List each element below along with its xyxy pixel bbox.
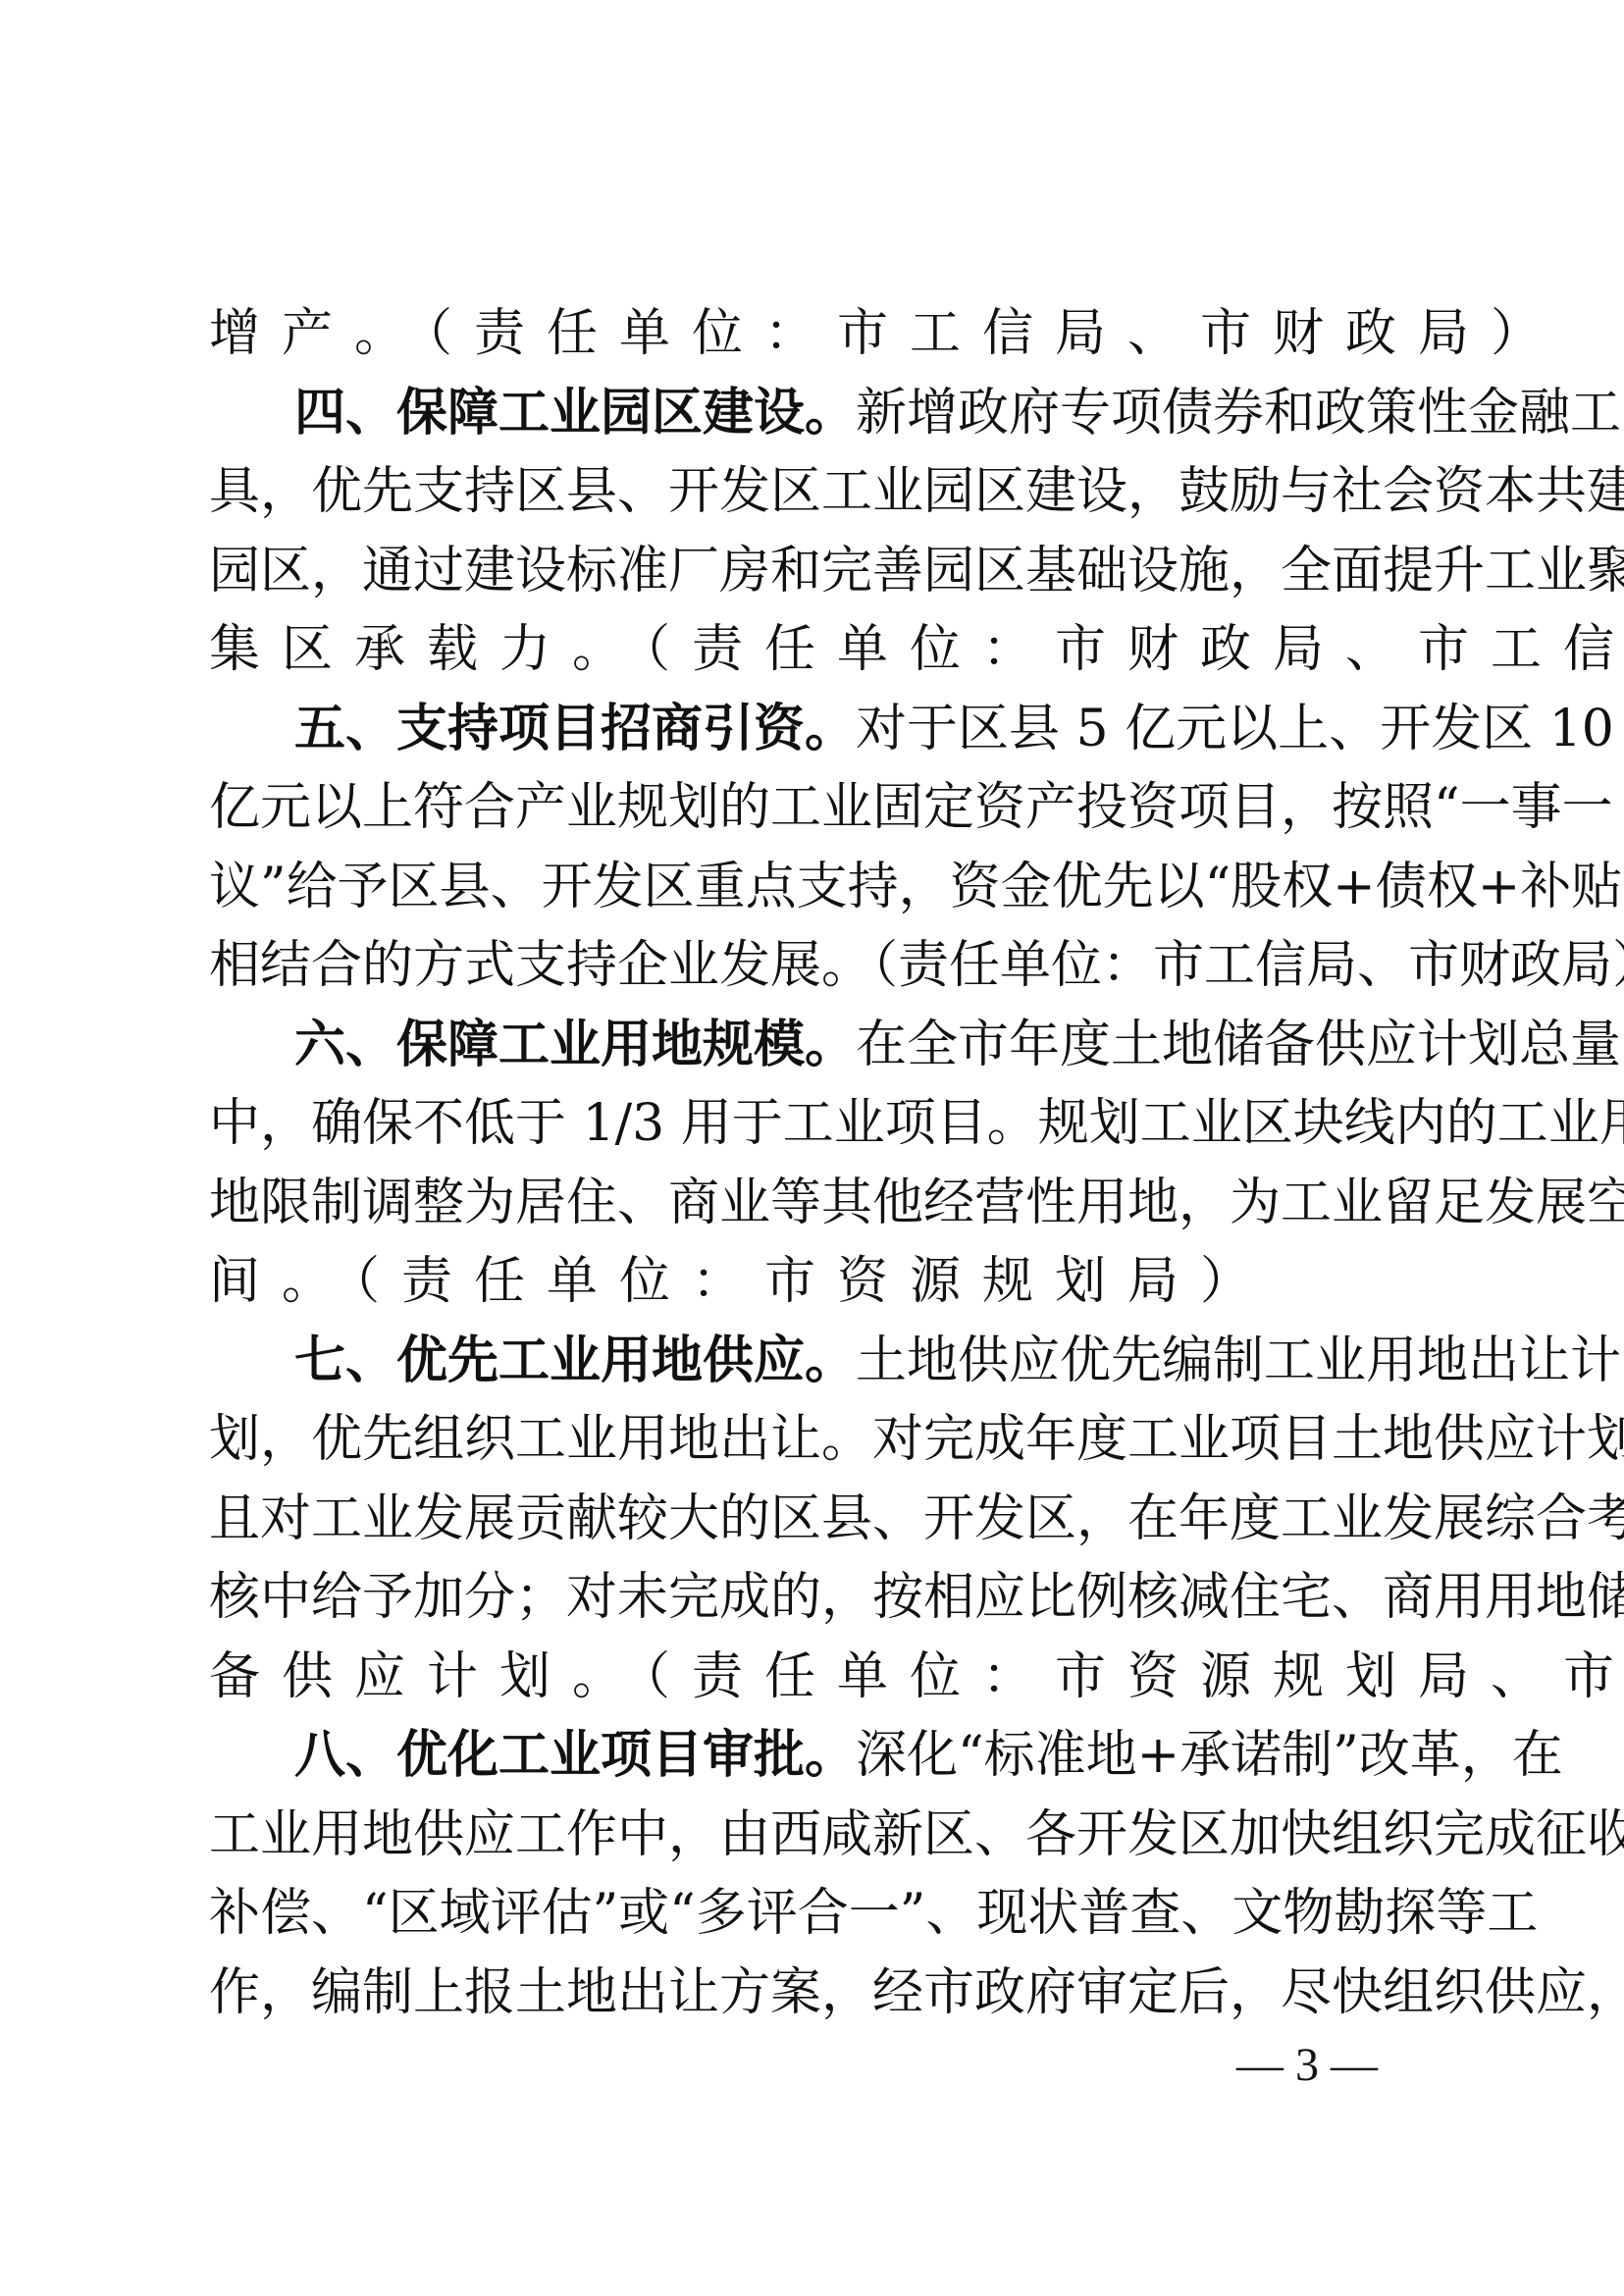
section-title: 六、保障工业用地规模。 <box>294 1016 856 1074</box>
paragraph-line: 亿元以上符合产业规划的工业固定资产投资项目，按照“一事一 <box>209 768 1391 847</box>
line-text: 园区，通过建设标准厂房和完善园区基础设施，全面提升工业聚 <box>209 542 1624 600</box>
line-text: 土地供应优先编制工业用地出让计 <box>856 1331 1621 1390</box>
paragraph-line: 备供应计划。（责任单位：市资源规划局、市工信局） <box>209 1638 1391 1716</box>
paragraph-line: 具，优先支持区县、开发区工业园区建设，鼓励与社会资本共建 <box>209 452 1391 531</box>
paragraph-line: 划，优先组织工业用地出让。对完成年度工业项目土地供应计划， <box>209 1400 1391 1479</box>
paragraph-line: 工业用地供应工作中，由西咸新区、各开发区加快组织完成征收 <box>209 1796 1391 1874</box>
line-text: 地限制调整为居住、商业等其他经营性用地，为工业留足发展空 <box>209 1174 1624 1232</box>
line-text: 新增政府专项债券和政策性金融工 <box>856 384 1621 443</box>
paragraph-line: 园区，通过建设标准厂房和完善园区基础设施，全面提升工业聚 <box>209 532 1391 610</box>
section-title: 八、优化工业项目审批。 <box>294 1726 856 1785</box>
paragraph-line: 补偿、“区域评估”或“多评合一”、现状普查、文物勘探等工 <box>209 1874 1391 1953</box>
line-text: 集区承载力。（责任单位：市财政局、市工信局） <box>209 620 1624 679</box>
paragraph-line: 相结合的方式支持企业发展。（责任单位：市工信局、市财政局） <box>209 926 1391 1005</box>
line-text: 相结合的方式支持企业发展。（责任单位：市工信局、市财政局） <box>209 936 1624 995</box>
line-text: 工业用地供应工作中，由西咸新区、各开发区加快组织完成征收 <box>209 1805 1624 1864</box>
section-title: 七、优先工业用地供应。 <box>294 1331 856 1390</box>
line-text: 具，优先支持区县、开发区工业园区建设，鼓励与社会资本共建 <box>209 462 1624 521</box>
line-text: 对于区县 5 亿元以上、开发区 10 <box>856 700 1614 758</box>
section-heading-line: 六、保障工业用地规模。在全市年度土地储备供应计划总量 <box>294 1006 1391 1084</box>
line-text: 补偿、“区域评估”或“多评合一”、现状普查、文物勘探等工 <box>209 1884 1538 1943</box>
paragraph-line: 作，编制上报土地出让方案，经市政府审定后，尽快组织供应， <box>209 1954 1391 2032</box>
section-title: 五、支持项目招商引资。 <box>294 700 856 758</box>
line-text: 议”给予区县、开发区重点支持，资金优先以“股权+债权+补贴” <box>209 858 1624 916</box>
line-text: 划，优先组织工业用地出让。对完成年度工业项目土地供应计划， <box>209 1410 1624 1469</box>
line-text: 核中给予加分；对未完成的，按相应比例核减住宅、商用用地储 <box>209 1568 1624 1627</box>
line-text: 且对工业发展贡献较大的区县、开发区，在年度工业发展综合考 <box>209 1489 1624 1548</box>
line-text: 间。（责任单位：市资源规划局） <box>209 1252 1273 1311</box>
paragraph-line: 地限制调整为居住、商业等其他经营性用地，为工业留足发展空 <box>209 1164 1391 1242</box>
paragraph-line: 且对工业发展贡献较大的区县、开发区，在年度工业发展综合考 <box>209 1480 1391 1558</box>
section-heading-line: 七、优先工业用地供应。土地供应优先编制工业用地出让计 <box>294 1322 1391 1400</box>
line-text: 中，确保不低于 1/3 用于工业项目。规划工业区块线内的工业用 <box>209 1094 1624 1153</box>
paragraph-line: 议”给予区县、开发区重点支持，资金优先以“股权+债权+补贴” <box>209 848 1391 926</box>
line-text: 作，编制上报土地出让方案，经市政府审定后，尽快组织供应， <box>209 1963 1624 2022</box>
document-page: 增产。（责任单位：市工信局、市财政局）四、保障工业园区建设。新增政府专项债券和政… <box>0 0 1624 2296</box>
line-text: 深化“标准地+承诺制”改革，在 <box>856 1726 1563 1785</box>
section-heading-line: 四、保障工业园区建设。新增政府专项债券和政策性金融工 <box>294 374 1391 452</box>
line-text: 备供应计划。（责任单位：市资源规划局、市工信局） <box>209 1647 1624 1706</box>
section-title: 四、保障工业园区建设。 <box>294 384 856 443</box>
page-number: — 3 — <box>1236 2036 1378 2095</box>
paragraph-line: 集区承载力。（责任单位：市财政局、市工信局） <box>209 610 1391 689</box>
paragraph-line: 间。（责任单位：市资源规划局） <box>209 1242 1391 1321</box>
paragraph-line: 增产。（责任单位：市工信局、市财政局） <box>209 294 1391 373</box>
line-text: 在全市年度土地储备供应计划总量 <box>856 1016 1621 1074</box>
line-text: 亿元以上符合产业规划的工业固定资产投资项目，按照“一事一 <box>209 778 1613 837</box>
paragraph-line: 中，确保不低于 1/3 用于工业项目。规划工业区块线内的工业用 <box>209 1084 1391 1163</box>
paragraph-line: 核中给予加分；对未完成的，按相应比例核减住宅、商用用地储 <box>209 1558 1391 1637</box>
section-heading-line: 五、支持项目招商引资。对于区县 5 亿元以上、开发区 10 <box>294 690 1391 768</box>
section-heading-line: 八、优化工业项目审批。深化“标准地+承诺制”改革，在 <box>294 1716 1391 1795</box>
line-text: 增产。（责任单位：市工信局、市财政局） <box>209 304 1563 363</box>
